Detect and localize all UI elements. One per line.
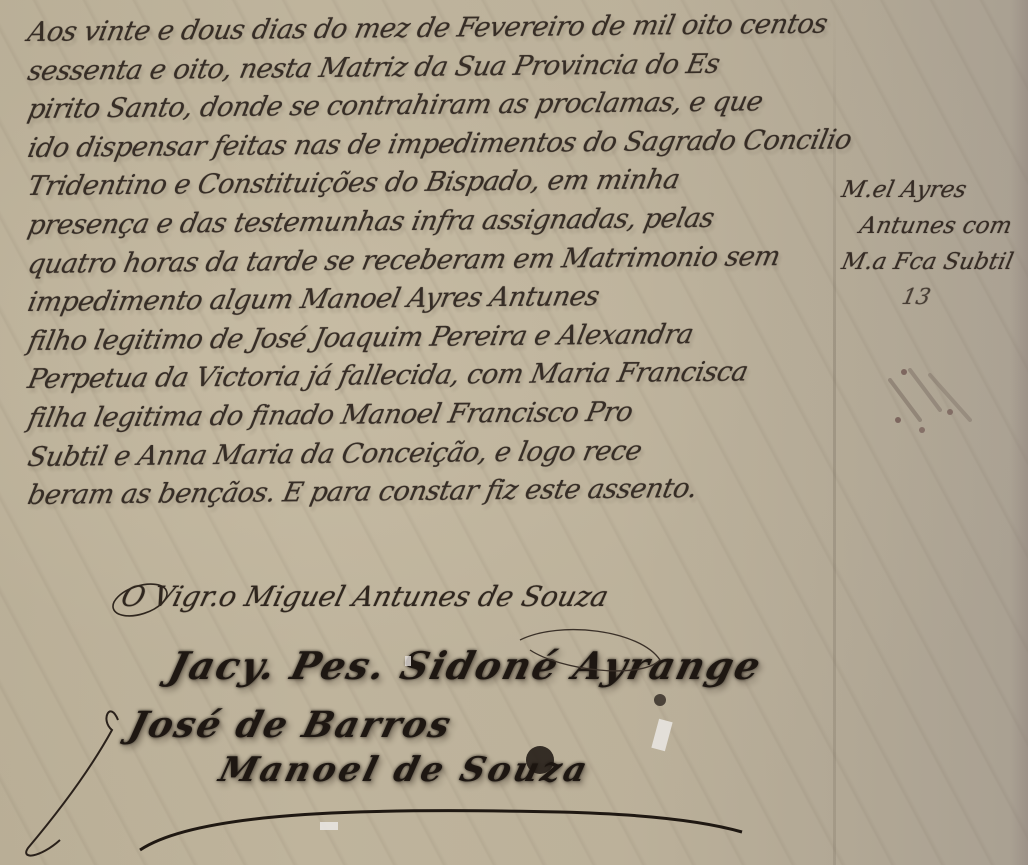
margin-note-line: M.el Ayres [838, 172, 1026, 208]
witness-signature: Jacy. Pes. Sidoné Ayrange [164, 643, 895, 688]
record-number: 13 [838, 280, 1026, 316]
margin-note-line: M.a Fca Subtil [838, 244, 1026, 280]
record-body: Aos vinte e dous dias do mez de Fevereir… [28, 14, 838, 516]
ink-smudge-icon [860, 350, 1000, 460]
record-line: beram as bençãos. E para constar fiz est… [24, 469, 842, 516]
page-edge [1010, 0, 1028, 865]
signature-block: O Vigr.o Miguel Antunes de Souza Jacy. P… [110, 580, 830, 740]
witness-signature: José de Barros [125, 704, 855, 746]
manuscript-page: Aos vinte e dous dias do mez de Fevereir… [0, 0, 1028, 865]
witness-signature: Manoel de Souza [215, 750, 945, 790]
margin-note-line: Antunes com [838, 208, 1026, 244]
margin-annotation: M.el Ayres Antunes com M.a Fca Subtil 13 [842, 172, 1022, 316]
priest-signature: O Vigr.o Miguel Antunes de Souza [118, 580, 846, 613]
